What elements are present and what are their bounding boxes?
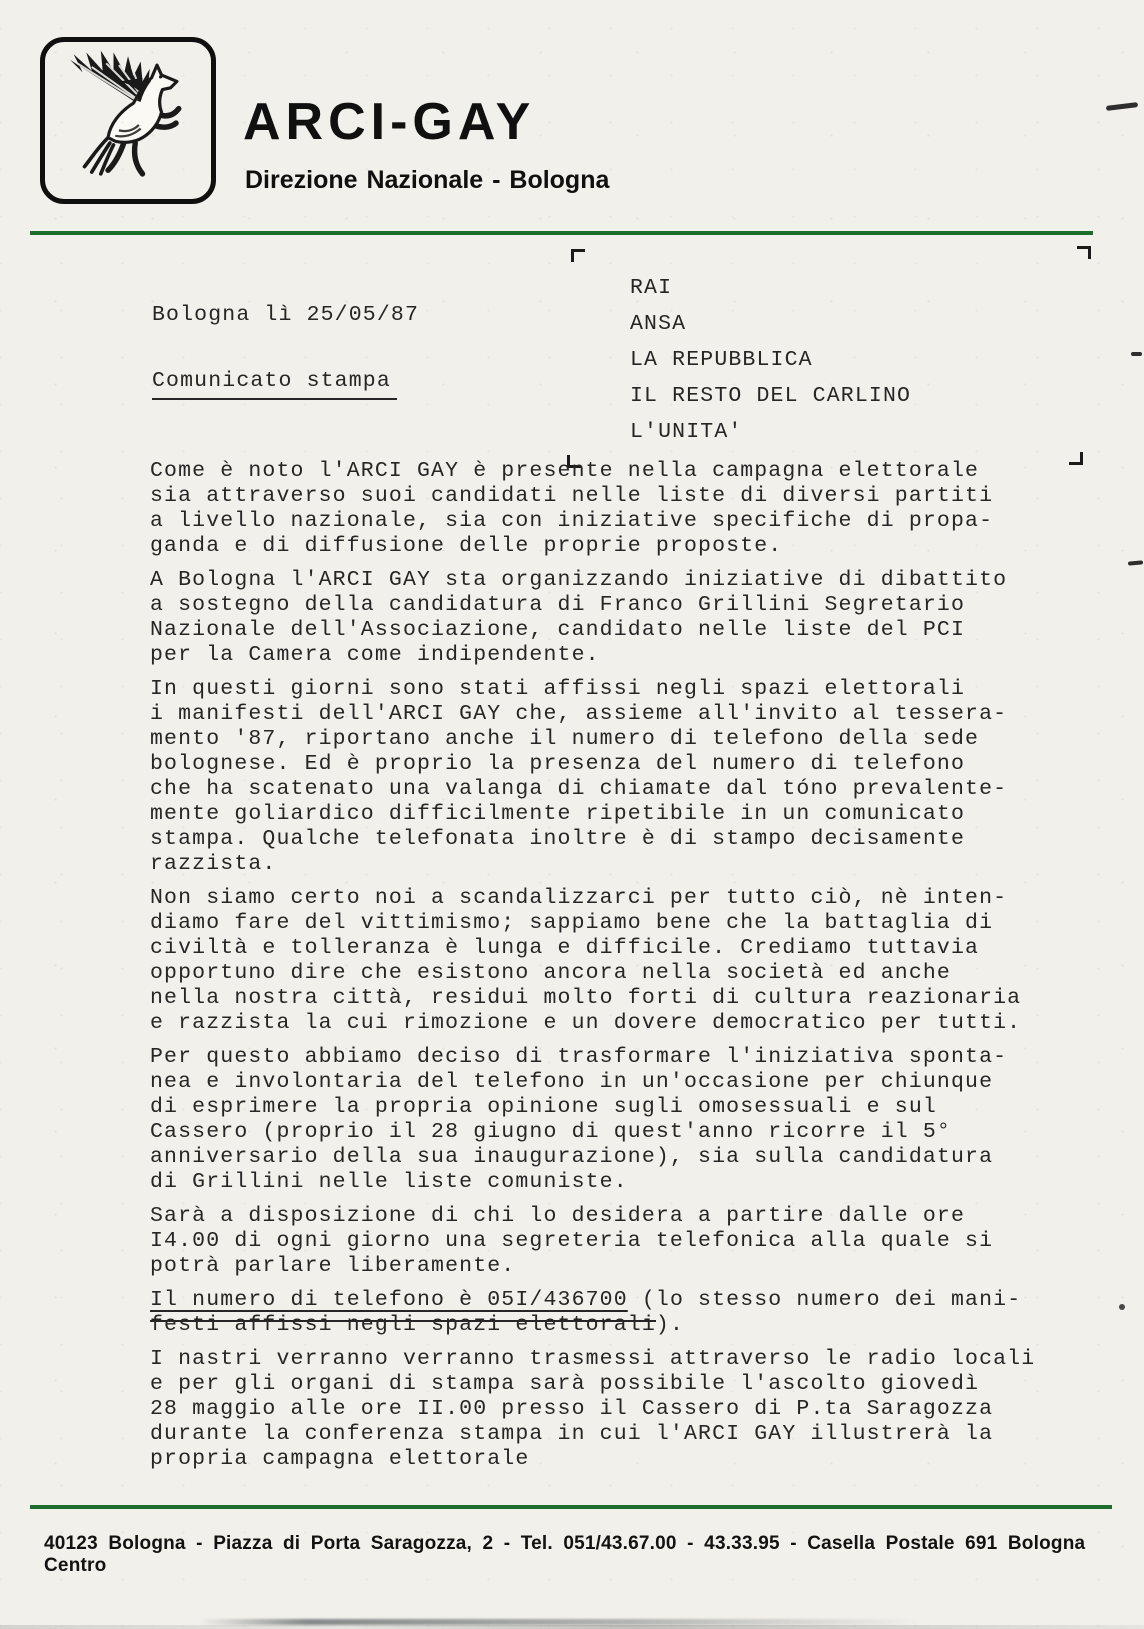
recipients-list: RAI ANSA LA REPUBBLICA IL RESTO DEL CARL… bbox=[630, 276, 911, 456]
recipient-item: RAI bbox=[630, 276, 911, 312]
recipient-item: ANSA bbox=[630, 312, 911, 348]
doc-type-underlined-text: Comunicato stampa bbox=[152, 369, 397, 400]
press-release-page: ARCI-GAY Direzione Nazionale - Bologna B… bbox=[0, 0, 1144, 1629]
press-paragraph: A Bologna l'ARCI GAY sta organizzando in… bbox=[150, 568, 1070, 668]
recipient-item: LA REPUBBLICA bbox=[630, 348, 911, 384]
footer-rule bbox=[30, 1505, 1112, 1509]
phone-paragraph-text: ). bbox=[656, 1313, 684, 1337]
press-paragraph: Per questo abbiamo deciso di trasformare… bbox=[150, 1045, 1070, 1195]
press-release-body: Come è noto l'ARCI GAY è presente nella … bbox=[150, 459, 1070, 1481]
org-name: ARCI-GAY bbox=[243, 96, 535, 148]
scan-artifact-dash bbox=[1131, 352, 1142, 356]
doc-type-heading: Comunicato stampa bbox=[152, 369, 397, 393]
scan-artifact-dash bbox=[1106, 102, 1138, 111]
letterhead-rule bbox=[30, 231, 1093, 235]
org-subtitle: Direzione Nazionale - Bologna bbox=[245, 168, 609, 193]
pegasus-icon bbox=[53, 47, 203, 192]
phone-paragraph-text: (lo stesso numero dei mani- bbox=[628, 1288, 1021, 1312]
phone-number-underlined: Il numero di telefono è 05I/436700 bbox=[150, 1288, 628, 1312]
recipient-item: L'UNITA' bbox=[630, 420, 911, 456]
phone-number-paragraph: Il numero di telefono è 05I/436700 (lo s… bbox=[150, 1288, 1070, 1338]
scan-bottom-edge bbox=[0, 1625, 1144, 1629]
scan-artifact-dash bbox=[1128, 560, 1143, 565]
press-paragraph: Come è noto l'ARCI GAY è presente nella … bbox=[150, 459, 1070, 559]
footer-address: 40123 Bologna - Piazza di Porta Saragozz… bbox=[44, 1533, 1114, 1577]
press-paragraph: I nastri verranno verranno trasmessi att… bbox=[150, 1347, 1070, 1472]
scan-artifact-dot bbox=[1119, 1304, 1125, 1310]
recipient-item: IL RESTO DEL CARLINO bbox=[630, 384, 911, 420]
crop-mark-bottom-right-icon bbox=[1069, 452, 1083, 465]
logo-box bbox=[40, 37, 216, 204]
phone-paragraph-overstruck: festi affissi negli spazi elettorali bbox=[150, 1313, 656, 1337]
crop-mark-top-left-icon bbox=[571, 249, 585, 262]
press-paragraph: In questi giorni sono stati affissi negl… bbox=[150, 677, 1070, 877]
press-paragraph: Non siamo certo noi a scandalizzarci per… bbox=[150, 886, 1070, 1036]
press-paragraph: Sarà a disposizione di chi lo desidera a… bbox=[150, 1204, 1070, 1279]
dateline: Bologna lì 25/05/87 bbox=[152, 303, 419, 327]
crop-mark-top-right-icon bbox=[1077, 246, 1091, 259]
